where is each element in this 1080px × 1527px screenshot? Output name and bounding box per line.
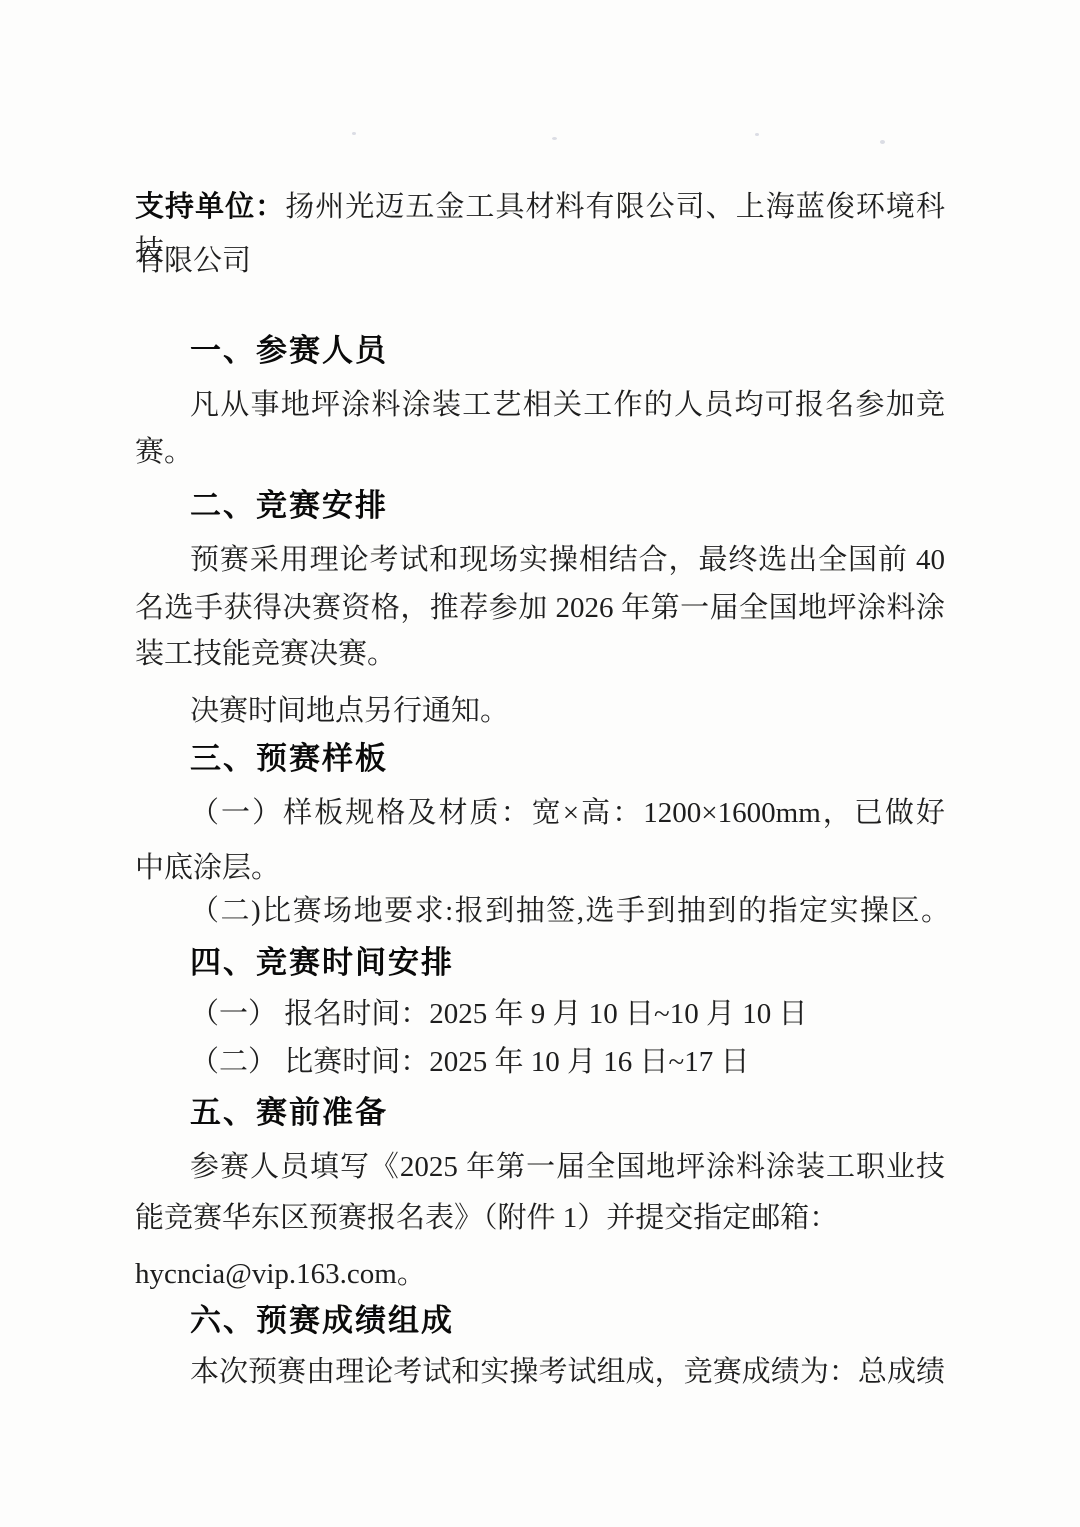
email-line: hycncia@vip.163.com。 (135, 1252, 426, 1296)
section-heading-6: 六、预赛成绩组成 (190, 1299, 454, 1343)
scanned-document-page: 支持单位：扬州光迈五金工具材料有限公司、上海蓝俊环境科技 有限公司 一、参赛人员… (0, 0, 1080, 1527)
support-unit-line: 支持单位：扬州光迈五金工具材料有限公司、上海蓝俊环境科技 (135, 185, 945, 273)
doc-line: （二)比赛场地要求:报到抽签,选手到抽到的指定实操区。 (190, 889, 950, 933)
scan-artifact (352, 132, 356, 135)
doc-line: （一）样板规格及材质：宽×高：1200×1600mm，已做好 (190, 791, 945, 835)
scan-artifact (552, 137, 557, 140)
doc-line: 凡从事地坪涂料涂装工艺相关工作的人员均可报名参加竞 (190, 383, 945, 427)
doc-line: 中底涂层。 (135, 846, 280, 890)
doc-line: 名选手获得决赛资格，推荐参加 2026 年第一届全国地坪涂料涂 (135, 586, 945, 630)
scan-artifact (880, 140, 885, 144)
doc-line: 决赛时间地点另行通知。 (190, 689, 509, 733)
section-heading-1: 一、参赛人员 (190, 329, 388, 373)
support-unit-label: 支持单位： (135, 191, 285, 223)
doc-line: 装工技能竞赛决赛。 (135, 632, 396, 676)
section-heading-4: 四、竞赛时间安排 (190, 941, 454, 985)
section-heading-3: 三、预赛样板 (190, 737, 388, 781)
doc-line: 本次预赛由理论考试和实操考试组成，竞赛成绩为：总成绩 (190, 1350, 945, 1394)
doc-line: 参赛人员填写《2025 年第一届全国地坪涂料涂装工职业技 (190, 1145, 945, 1189)
doc-line: 预赛采用理论考试和现场实操相结合，最终选出全国前 40 (190, 538, 945, 582)
support-unit-line-cont: 有限公司 (135, 239, 251, 283)
section-heading-5: 五、赛前准备 (190, 1091, 388, 1135)
registration-time-line: （一） 报名时间：2025 年 9 月 10 日~10 月 10 日 (190, 992, 807, 1036)
competition-time-line: （二） 比赛时间：2025 年 10 月 16 日~17 日 (190, 1040, 749, 1084)
doc-line: 能竞赛华东区预赛报名表》（附件 1）并提交指定邮箱： (135, 1196, 838, 1240)
section-heading-2: 二、竞赛安排 (190, 484, 388, 528)
doc-line: 赛。 (135, 430, 193, 474)
scan-artifact (755, 133, 759, 136)
